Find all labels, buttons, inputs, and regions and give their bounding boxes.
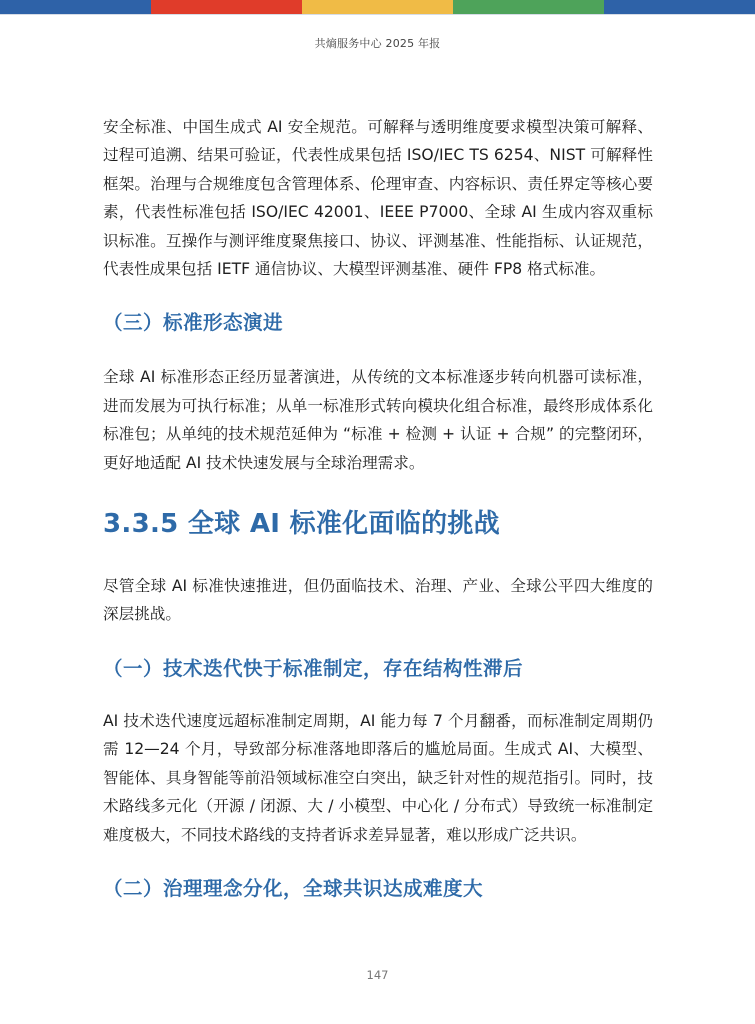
section-heading-3-3-5: 3.3.5 全球 AI 标准化面临的挑战 — [103, 507, 653, 541]
page-content: 安全标准、中国生成式 AI 安全规范。可解释与透明维度要求模型决策可解释、过程可… — [103, 113, 653, 902]
color-stripe-blue — [0, 0, 151, 14]
subheading-tech-iteration-lag: （一）技术迭代快于标准制定，存在结构性滞后 — [103, 656, 653, 682]
paragraph-tech-iteration-lag: AI 技术迭代速度远超标准制定周期，AI 能力每 7 个月翻番，而标准制定周期仍… — [103, 707, 653, 849]
color-stripe-red — [151, 0, 302, 14]
page-number: 147 — [0, 968, 755, 982]
color-stripe-banner — [0, 0, 755, 14]
running-header: 共熵服务中心 2025 年报 — [0, 35, 755, 51]
color-stripe-yellow — [302, 0, 453, 14]
paragraph-standard-form-evolution: 全球 AI 标准形态正经历显著演进，从传统的文本标准逐步转向机器可读标准，进而发… — [103, 363, 653, 477]
color-stripe-blue-2 — [604, 0, 755, 14]
subheading-governance-divergence: （二）治理理念分化，全球共识达成难度大 — [103, 876, 653, 902]
paragraph-challenges-intro: 尽管全球 AI 标准快速推进，但仍面临技术、治理、产业、全球公平四大维度的深层挑… — [103, 572, 653, 629]
subheading-standard-form-evolution: （三）标准形态演进 — [103, 310, 653, 336]
color-stripe-green — [453, 0, 604, 14]
banner-underline — [0, 14, 755, 15]
paragraph-standards-dimensions: 安全标准、中国生成式 AI 安全规范。可解释与透明维度要求模型决策可解释、过程可… — [103, 113, 653, 283]
